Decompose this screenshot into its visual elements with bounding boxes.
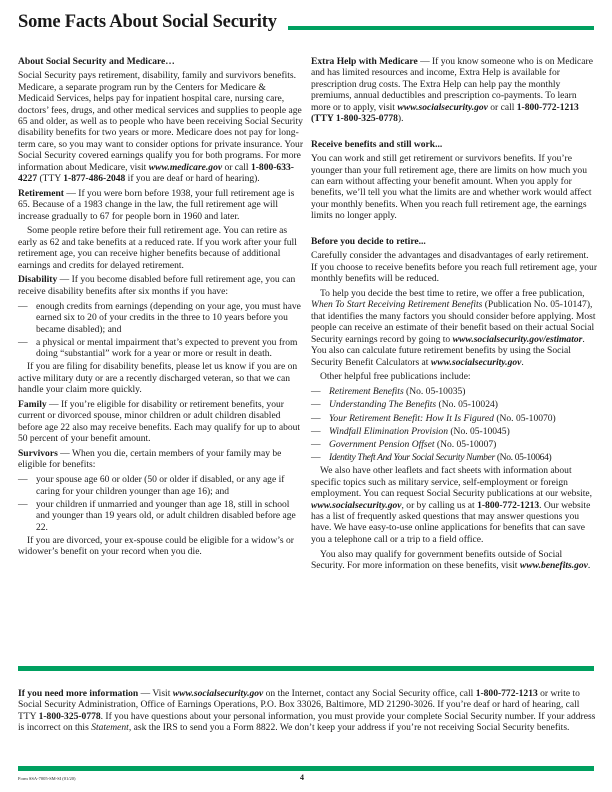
ssa-tty: 1-800-325-0778	[39, 711, 101, 722]
medicare-link[interactable]: www.medicare.gov	[149, 162, 222, 173]
family-paragraph: Family — If you’re eligible for disabili…	[18, 399, 304, 445]
publication-item: —Identity Theft And Your Social Security…	[311, 452, 597, 463]
publication-item: —Windfall Elimination Provision (No. 05-…	[311, 426, 597, 437]
publication-item: —Your Retirement Benefit: How It Is Figu…	[311, 413, 597, 424]
estimator-link[interactable]: www.socialsecurity.gov/estimator	[453, 334, 583, 345]
form-id: Form SSA-7005-SM-SI (01/20)	[18, 776, 76, 781]
before-retire-heading: Before you decide to retire...	[311, 236, 597, 247]
publication-title: When To Start Receiving Retirement Benef…	[311, 299, 482, 310]
leaflets-paragraph: We also have other leaflets and fact she…	[311, 465, 597, 545]
about-text: or call	[222, 162, 251, 173]
publication-paragraph: To help you decide the best time to reti…	[311, 288, 597, 368]
left-column: About Social Security and Medicare… Soci…	[18, 56, 304, 561]
page-number: 4	[300, 773, 304, 782]
ssa-tty: 1-800-325-0778	[336, 113, 398, 124]
survivors-paragraph: Survivors — When you die, certain member…	[18, 448, 304, 471]
about-paragraph: Social Security pays retirement, disabil…	[18, 70, 304, 184]
extra-help-label: Extra Help with Medicare	[311, 56, 418, 67]
disability-paragraph: Disability — If you become disabled befo…	[18, 274, 304, 297]
disability-text: — If you become disabled before full ret…	[18, 274, 295, 296]
list-item: —your children if unmarried and younger …	[18, 499, 304, 533]
publication-item: —Understanding The Benefits (No. 05-1002…	[311, 399, 597, 410]
header-rule	[288, 26, 594, 30]
divorced-paragraph: If you are divorced, your ex-spouse coul…	[18, 535, 304, 558]
list-item: —your spouse age 60 or older (50 or olde…	[18, 474, 304, 497]
right-column: Extra Help with Medicare — If you know s…	[311, 56, 597, 575]
about-text: (TTY	[37, 173, 63, 184]
ssa-link[interactable]: www.socialsecurity.gov	[311, 500, 402, 511]
family-label: Family	[18, 399, 47, 410]
publication-item: —Government Pension Offset (No. 05-10007…	[311, 439, 597, 450]
extra-help-paragraph: Extra Help with Medicare — If you know s…	[311, 56, 597, 124]
list-item: —enough credits from earnings (depending…	[18, 301, 304, 335]
publication-item: —Retirement Benefits (No. 05-10035)	[311, 386, 597, 397]
before-retire-paragraph: Carefully consider the advantages and di…	[311, 250, 597, 284]
disability-filing-paragraph: If you are filing for disability benefit…	[18, 361, 304, 395]
about-text: Social Security pays retirement, disabil…	[18, 70, 303, 172]
page-title: Some Facts About Social Security	[18, 12, 277, 33]
ssa-link[interactable]: www.socialsecurity.gov	[431, 357, 522, 368]
medicare-tty: 1-877-486-2048	[63, 173, 125, 184]
about-text: if you are deaf or hard of hearing).	[125, 173, 259, 184]
about-heading: About Social Security and Medicare…	[18, 56, 304, 67]
ssa-phone: 1-800-772-1213	[477, 500, 539, 511]
survivors-label: Survivors	[18, 448, 58, 459]
work-paragraph: You can work and still get retirement or…	[311, 153, 597, 221]
more-information-paragraph: If you need more information — Visit www…	[18, 688, 596, 734]
ssa-phone: 1-800-772-1213	[476, 688, 538, 699]
publications-intro: Other helpful free publications include:	[311, 371, 597, 382]
section-rule	[18, 666, 594, 671]
disability-label: Disability	[18, 274, 57, 285]
early-retirement-paragraph: Some people retire before their full ret…	[18, 225, 304, 271]
work-heading: Receive benefits and still work...	[311, 139, 597, 150]
benefits-gov-link[interactable]: www.benefits.gov	[520, 560, 588, 571]
government-benefits-paragraph: You also may qualify for government bene…	[311, 549, 597, 572]
family-text: — If you’re eligible for disability or r…	[18, 399, 300, 444]
more-info-label: If you need more information	[18, 688, 138, 699]
ssa-link[interactable]: www.socialsecurity.gov	[397, 102, 488, 113]
footer-rule	[18, 766, 594, 771]
ssa-link[interactable]: www.socialsecurity.gov	[173, 688, 264, 699]
retirement-label: Retirement	[18, 188, 64, 199]
ssa-phone: 1-800-772-1213	[517, 102, 579, 113]
survivors-text: — When you die, certain members of your …	[18, 448, 281, 470]
retirement-paragraph: Retirement — If you were born before 193…	[18, 188, 304, 222]
list-item: —a physical or mental impairment that’s …	[18, 337, 304, 360]
